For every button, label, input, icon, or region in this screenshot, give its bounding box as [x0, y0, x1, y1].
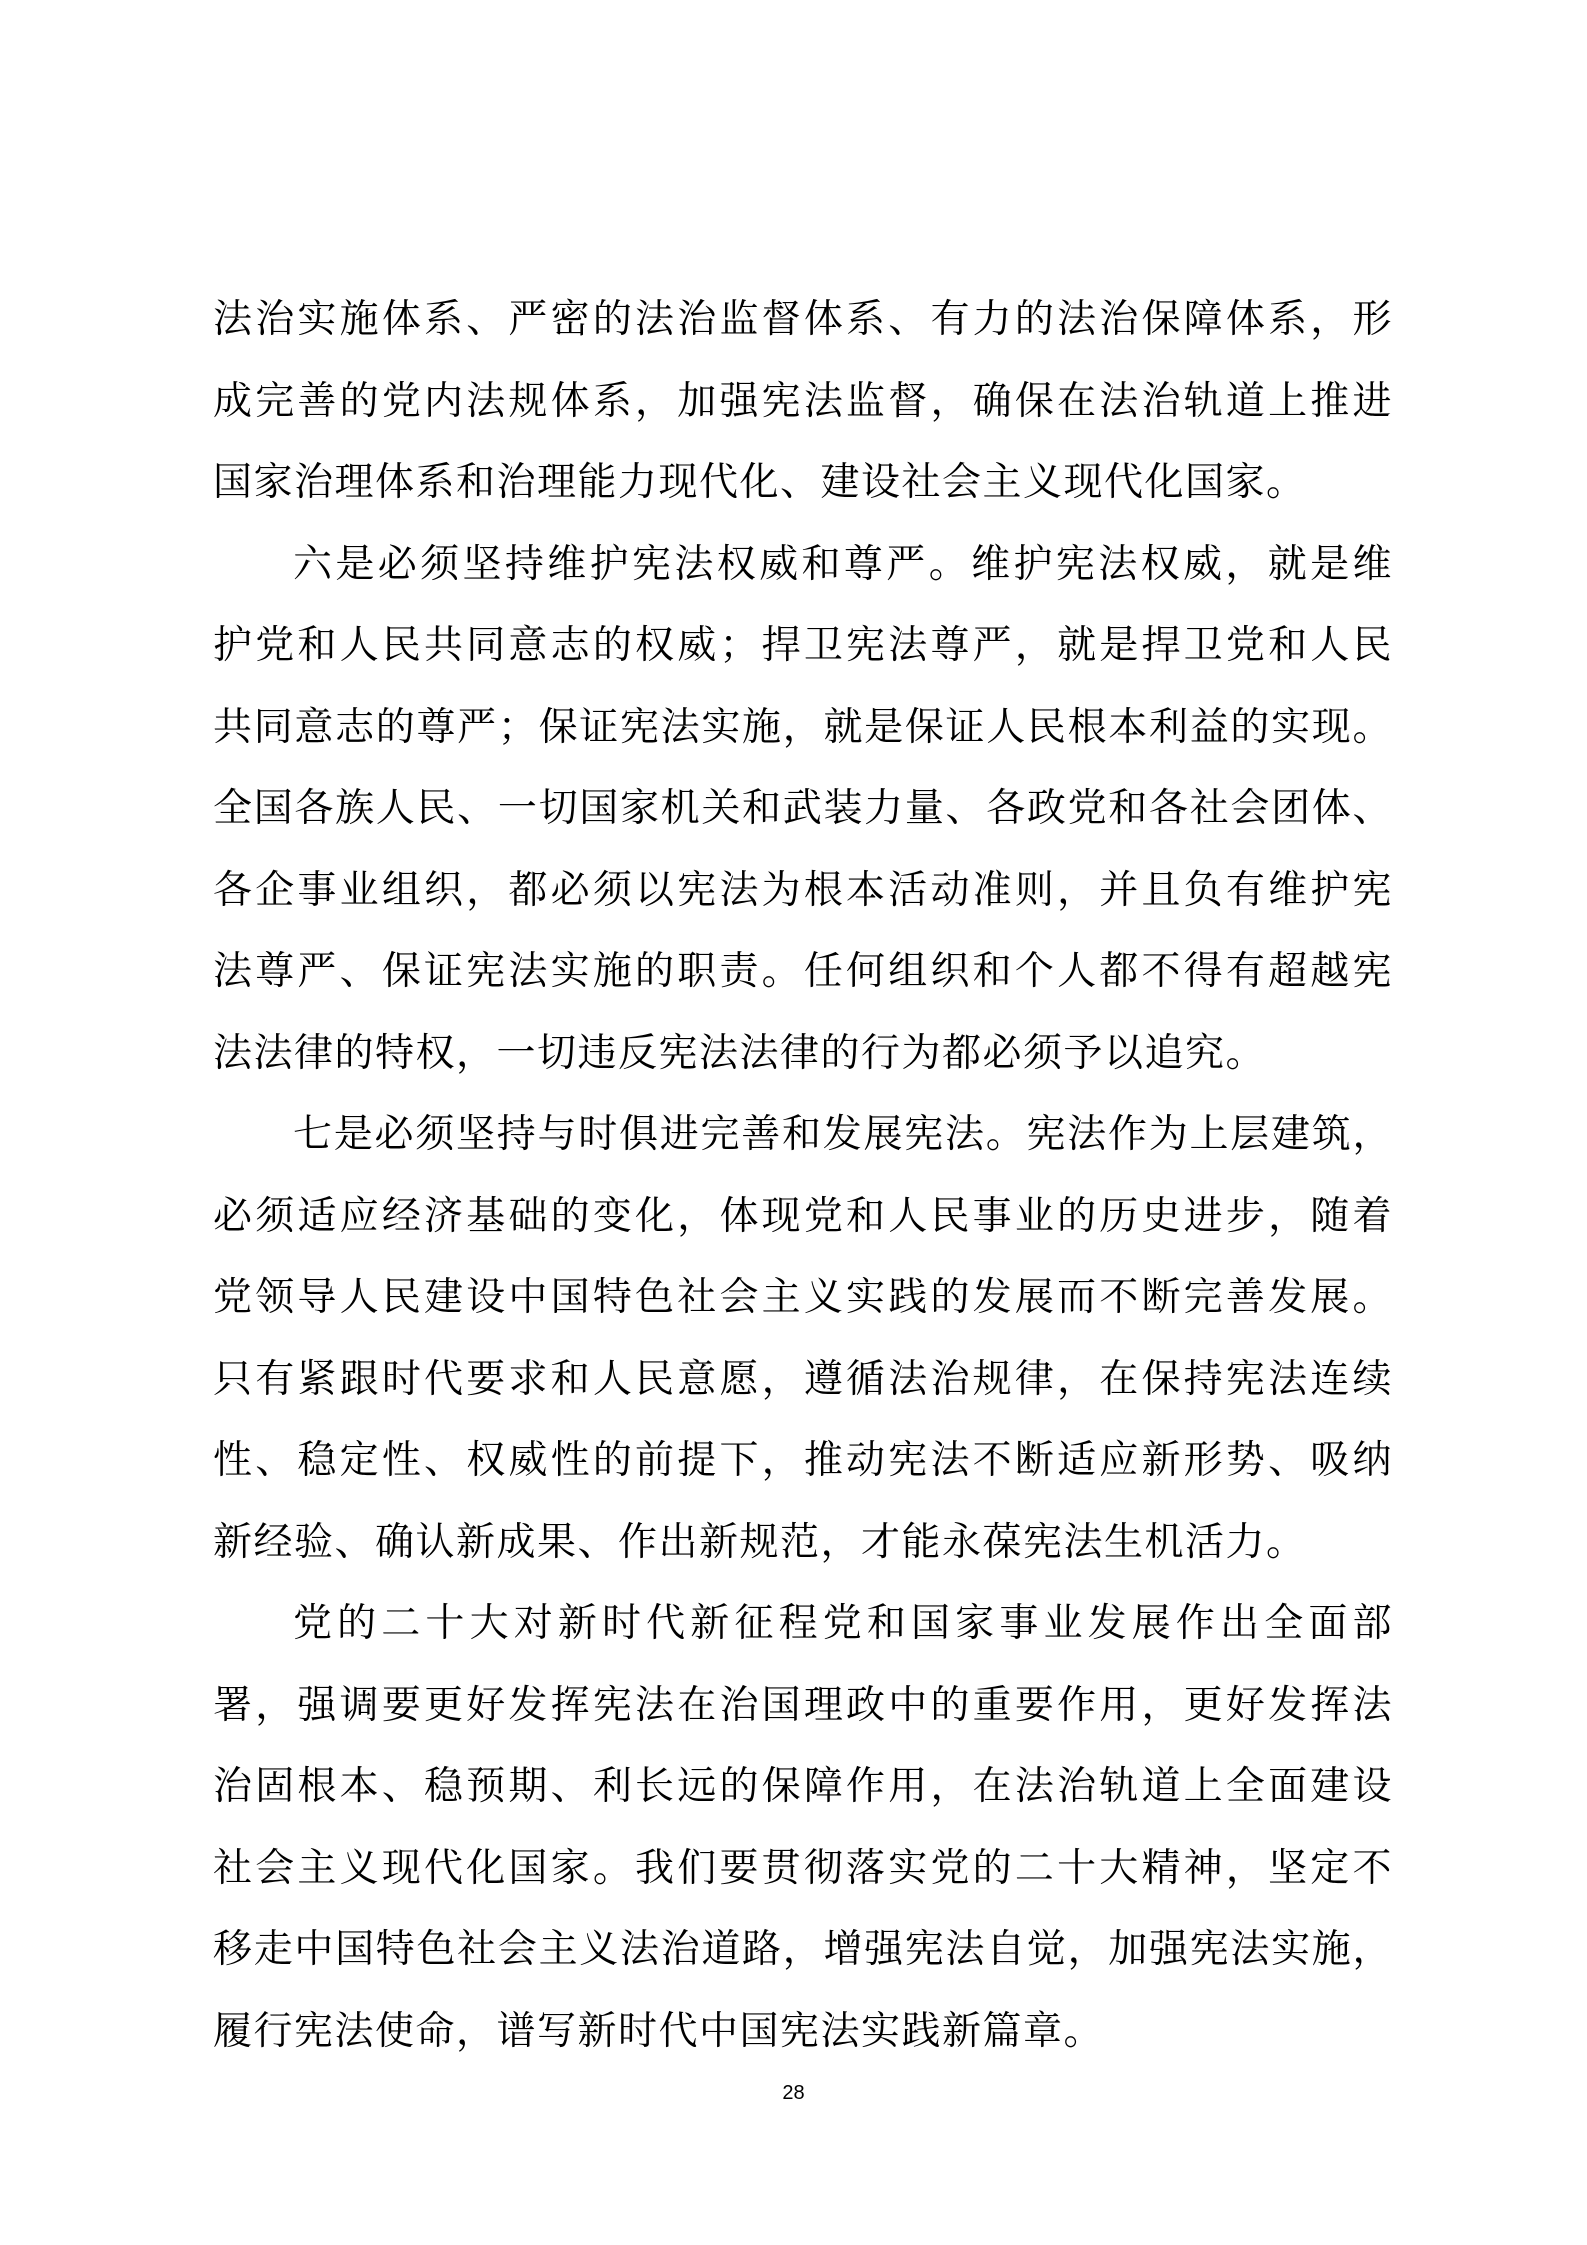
text-line: 性、稳定性、权威性的前提下，推动宪法不断适应新形势、吸纳 — [213, 1431, 1393, 1513]
paragraph-1: 法治实施体系、严密的法治监督体系、有力的法治保障体系，形 成完善的党内法规体系，… — [213, 290, 1393, 535]
text-line: 全国各族人民、一切国家机关和武装力量、各政党和各社会团体、 — [213, 779, 1393, 861]
text-line: 社会主义现代化国家。我们要贯彻落实党的二十大精神，坚定不 — [213, 1839, 1393, 1921]
text-line: 履行宪法使命，谱写新时代中国宪法实践新篇章。 — [213, 2002, 1393, 2084]
text-line: 法法律的特权，一切违反宪法法律的行为都必须予以追究。 — [213, 1024, 1393, 1106]
paragraph-3: 七是必须坚持与时俱进完善和发展宪法。宪法作为上层建筑， 必须适应经济基础的变化，… — [213, 1105, 1393, 1594]
text-line: 六是必须坚持维护宪法权威和尊严。维护宪法权威，就是维 — [213, 535, 1393, 617]
text-line: 移走中国特色社会主义法治道路，增强宪法自觉，加强宪法实施， — [213, 1920, 1393, 2002]
text-line: 护党和人民共同意志的权威；捍卫宪法尊严，就是捍卫党和人民 — [213, 616, 1393, 698]
document-page: 法治实施体系、严密的法治监督体系、有力的法治保障体系，形 成完善的党内法规体系，… — [0, 0, 1587, 2245]
text-line: 七是必须坚持与时俱进完善和发展宪法。宪法作为上层建筑， — [213, 1105, 1393, 1187]
text-line: 党领导人民建设中国特色社会主义实践的发展而不断完善发展。 — [213, 1268, 1393, 1350]
text-line: 共同意志的尊严；保证宪法实施，就是保证人民根本利益的实现。 — [213, 698, 1393, 780]
text-line: 署，强调要更好发挥宪法在治国理政中的重要作用，更好发挥法 — [213, 1676, 1393, 1758]
paragraph-2: 六是必须坚持维护宪法权威和尊严。维护宪法权威，就是维 护党和人民共同意志的权威；… — [213, 535, 1393, 1106]
text-line: 法尊严、保证宪法实施的职责。任何组织和个人都不得有超越宪 — [213, 942, 1393, 1024]
page-number: 28 — [0, 2082, 1587, 2105]
text-line: 治固根本、稳预期、利长远的保障作用，在法治轨道上全面建设 — [213, 1757, 1393, 1839]
text-line: 成完善的党内法规体系，加强宪法监督，确保在法治轨道上推进 — [213, 372, 1393, 454]
text-line: 必须适应经济基础的变化，体现党和人民事业的历史进步，随着 — [213, 1187, 1393, 1269]
body-text: 法治实施体系、严密的法治监督体系、有力的法治保障体系，形 成完善的党内法规体系，… — [213, 290, 1393, 2083]
text-line: 党的二十大对新时代新征程党和国家事业发展作出全面部 — [213, 1594, 1393, 1676]
text-line: 各企事业组织，都必须以宪法为根本活动准则，并且负有维护宪 — [213, 861, 1393, 943]
paragraph-4: 党的二十大对新时代新征程党和国家事业发展作出全面部 署，强调要更好发挥宪法在治国… — [213, 1594, 1393, 2083]
text-line: 只有紧跟时代要求和人民意愿，遵循法治规律，在保持宪法连续 — [213, 1350, 1393, 1432]
text-line: 国家治理体系和治理能力现代化、建设社会主义现代化国家。 — [213, 453, 1393, 535]
text-line: 新经验、确认新成果、作出新规范，才能永葆宪法生机活力。 — [213, 1513, 1393, 1595]
text-line: 法治实施体系、严密的法治监督体系、有力的法治保障体系，形 — [213, 290, 1393, 372]
